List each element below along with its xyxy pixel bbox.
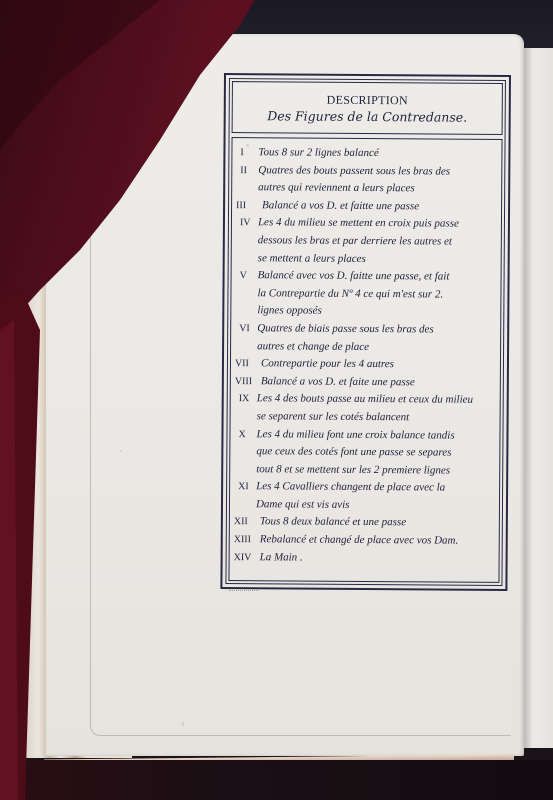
roman-numeral xyxy=(235,302,257,320)
roman-numeral: XIV xyxy=(234,549,260,567)
figure-description: Balancé a vos D. et faite une passe xyxy=(261,373,496,392)
figure-entry: IXLes 4 des bouts passe au milieu et ceu… xyxy=(235,390,496,409)
figure-description: dessous les bras et par derriere les aut… xyxy=(258,232,497,251)
figure-entry-continuation: autres qui reviennent a leurs places xyxy=(236,179,497,198)
figure-entry: VIIContrepartie pour les 4 autres xyxy=(235,355,496,374)
roman-numeral: XII xyxy=(234,514,260,532)
facing-page-edge xyxy=(524,48,553,748)
roman-numeral xyxy=(236,179,258,197)
figure-entry-continuation: autres et change de place xyxy=(235,338,496,357)
roman-numeral xyxy=(234,496,256,514)
figure-entry: IIQuatres des bouts passent sous les bra… xyxy=(236,162,497,181)
figure-description: se separent sur les cotés balancent xyxy=(257,408,496,427)
figure-description: autres et change de place xyxy=(257,338,496,357)
figure-entry: VIQuatres de biais passe sous les bras d… xyxy=(235,320,496,339)
roman-numeral xyxy=(236,250,258,268)
figure-entry: ITous 8 sur 2 lignes balancé xyxy=(236,144,497,163)
roman-numeral xyxy=(235,285,257,303)
figure-description: que ceux des cotés font une passe se sep… xyxy=(256,443,495,462)
figure-description: Les 4 du milieu font une croix balance t… xyxy=(256,426,495,445)
figure-entry: VIIIBalancé a vos D. et faite une passe xyxy=(235,373,496,392)
figure-entry: XIITous 8 deux balancé et une passe xyxy=(234,514,495,533)
figure-description: Balancé a vos D. et faitte une passe xyxy=(262,197,497,216)
figure-description: Les 4 Cavalliers changent de place avec … xyxy=(256,479,495,498)
figure-entry-continuation: se mettent a leurs places xyxy=(236,250,497,269)
figure-description: La Main . xyxy=(260,549,495,568)
figure-entry: IVLes 4 du milieu se mettent en croix pu… xyxy=(236,214,497,233)
figure-description: Les 4 du milieu se mettent en croix puis… xyxy=(258,215,497,234)
foxing-spot xyxy=(120,450,122,452)
figure-description: tout 8 et se mettent sur les 2 premiere … xyxy=(256,461,495,480)
page-subtitle: Des Figures de la Contredanse. xyxy=(233,108,502,125)
title-cartouche: DESCRIPTION Des Figures de la Contredans… xyxy=(232,81,503,135)
figure-entry: VBalancé avec vos D. faitte une passe, e… xyxy=(236,267,497,286)
roman-numeral: VII xyxy=(235,355,261,373)
figure-description: se mettent a leurs places xyxy=(258,250,497,269)
roman-numeral xyxy=(236,232,258,250)
roman-numeral xyxy=(235,408,257,426)
roman-numeral xyxy=(234,461,256,479)
figure-description: Les 4 des bouts passe au milieu et ceux … xyxy=(257,391,496,410)
roman-numeral: III xyxy=(236,197,262,215)
figure-description: Tous 8 sur 2 lignes balancé xyxy=(258,144,497,163)
roman-numeral: XIII xyxy=(234,531,260,549)
roman-numeral xyxy=(235,338,257,356)
figure-entry-continuation: dessous les bras et par derriere les aut… xyxy=(236,232,497,251)
figure-description: Rebalancé et changé de place avec vos Da… xyxy=(260,531,495,550)
figure-description: Quatres de biais passe sous les bras des xyxy=(257,320,496,339)
figure-entry-continuation: se separent sur les cotés balancent xyxy=(235,408,496,427)
roman-numeral: VIII xyxy=(235,373,261,391)
figure-description: lignes opposés xyxy=(257,303,496,322)
figure-entry-continuation: tout 8 et se mettent sur les 2 premiere … xyxy=(234,461,495,480)
figure-description: Contrepartie pour les 4 autres xyxy=(261,355,496,374)
figure-description: Quatres des bouts passent sous les bras … xyxy=(258,162,497,181)
roman-numeral: I xyxy=(236,144,258,162)
foxing-spot xyxy=(182,722,184,726)
figures-list: ITous 8 sur 2 lignes balancéIIQuatres de… xyxy=(234,144,498,568)
figure-entry: XIVLa Main . xyxy=(234,549,495,568)
figure-entry-continuation: que ceux des cotés font une passe se sep… xyxy=(234,443,495,462)
roman-numeral: VI xyxy=(235,320,257,338)
roman-numeral: IV xyxy=(236,214,258,232)
engraver-signature xyxy=(229,590,259,597)
figures-list-box: ITous 8 sur 2 lignes balancéIIQuatres de… xyxy=(228,137,502,583)
figure-entry-continuation: la Contrepartie du Nº 4 ce qui m'est sur… xyxy=(235,285,496,304)
roman-numeral xyxy=(234,443,256,461)
figure-entry: XLes 4 du milieu font une croix balance … xyxy=(234,426,495,445)
roman-numeral: II xyxy=(236,162,258,180)
figure-entry: XILes 4 Cavalliers changent de place ave… xyxy=(234,478,495,497)
page-title: DESCRIPTION xyxy=(233,92,502,109)
figure-description: la Contrepartie du Nº 4 ce qui m'est sur… xyxy=(257,285,496,304)
figure-description: Dame qui est vis avis xyxy=(256,496,495,515)
roman-numeral: XI xyxy=(234,478,256,496)
figure-description: autres qui reviennent a leurs places xyxy=(258,179,497,198)
roman-numeral: X xyxy=(234,426,256,444)
figure-description: Balancé avec vos D. faitte une passe, et… xyxy=(258,267,497,286)
figure-entry: XIIIRebalancé et changé de place avec vo… xyxy=(234,531,495,550)
roman-numeral: V xyxy=(236,267,258,285)
figure-entry: IIIBalancé a vos D. et faitte une passe xyxy=(236,197,497,216)
engraved-frame: DESCRIPTION Des Figures de la Contredans… xyxy=(220,73,511,591)
dark-backdrop-bottom xyxy=(0,760,553,800)
figure-entry-continuation: Dame qui est vis avis xyxy=(234,496,495,515)
figure-description: Tous 8 deux balancé et une passe xyxy=(260,514,495,533)
figure-entry-continuation: lignes opposés xyxy=(235,302,496,321)
roman-numeral: IX xyxy=(235,390,257,408)
